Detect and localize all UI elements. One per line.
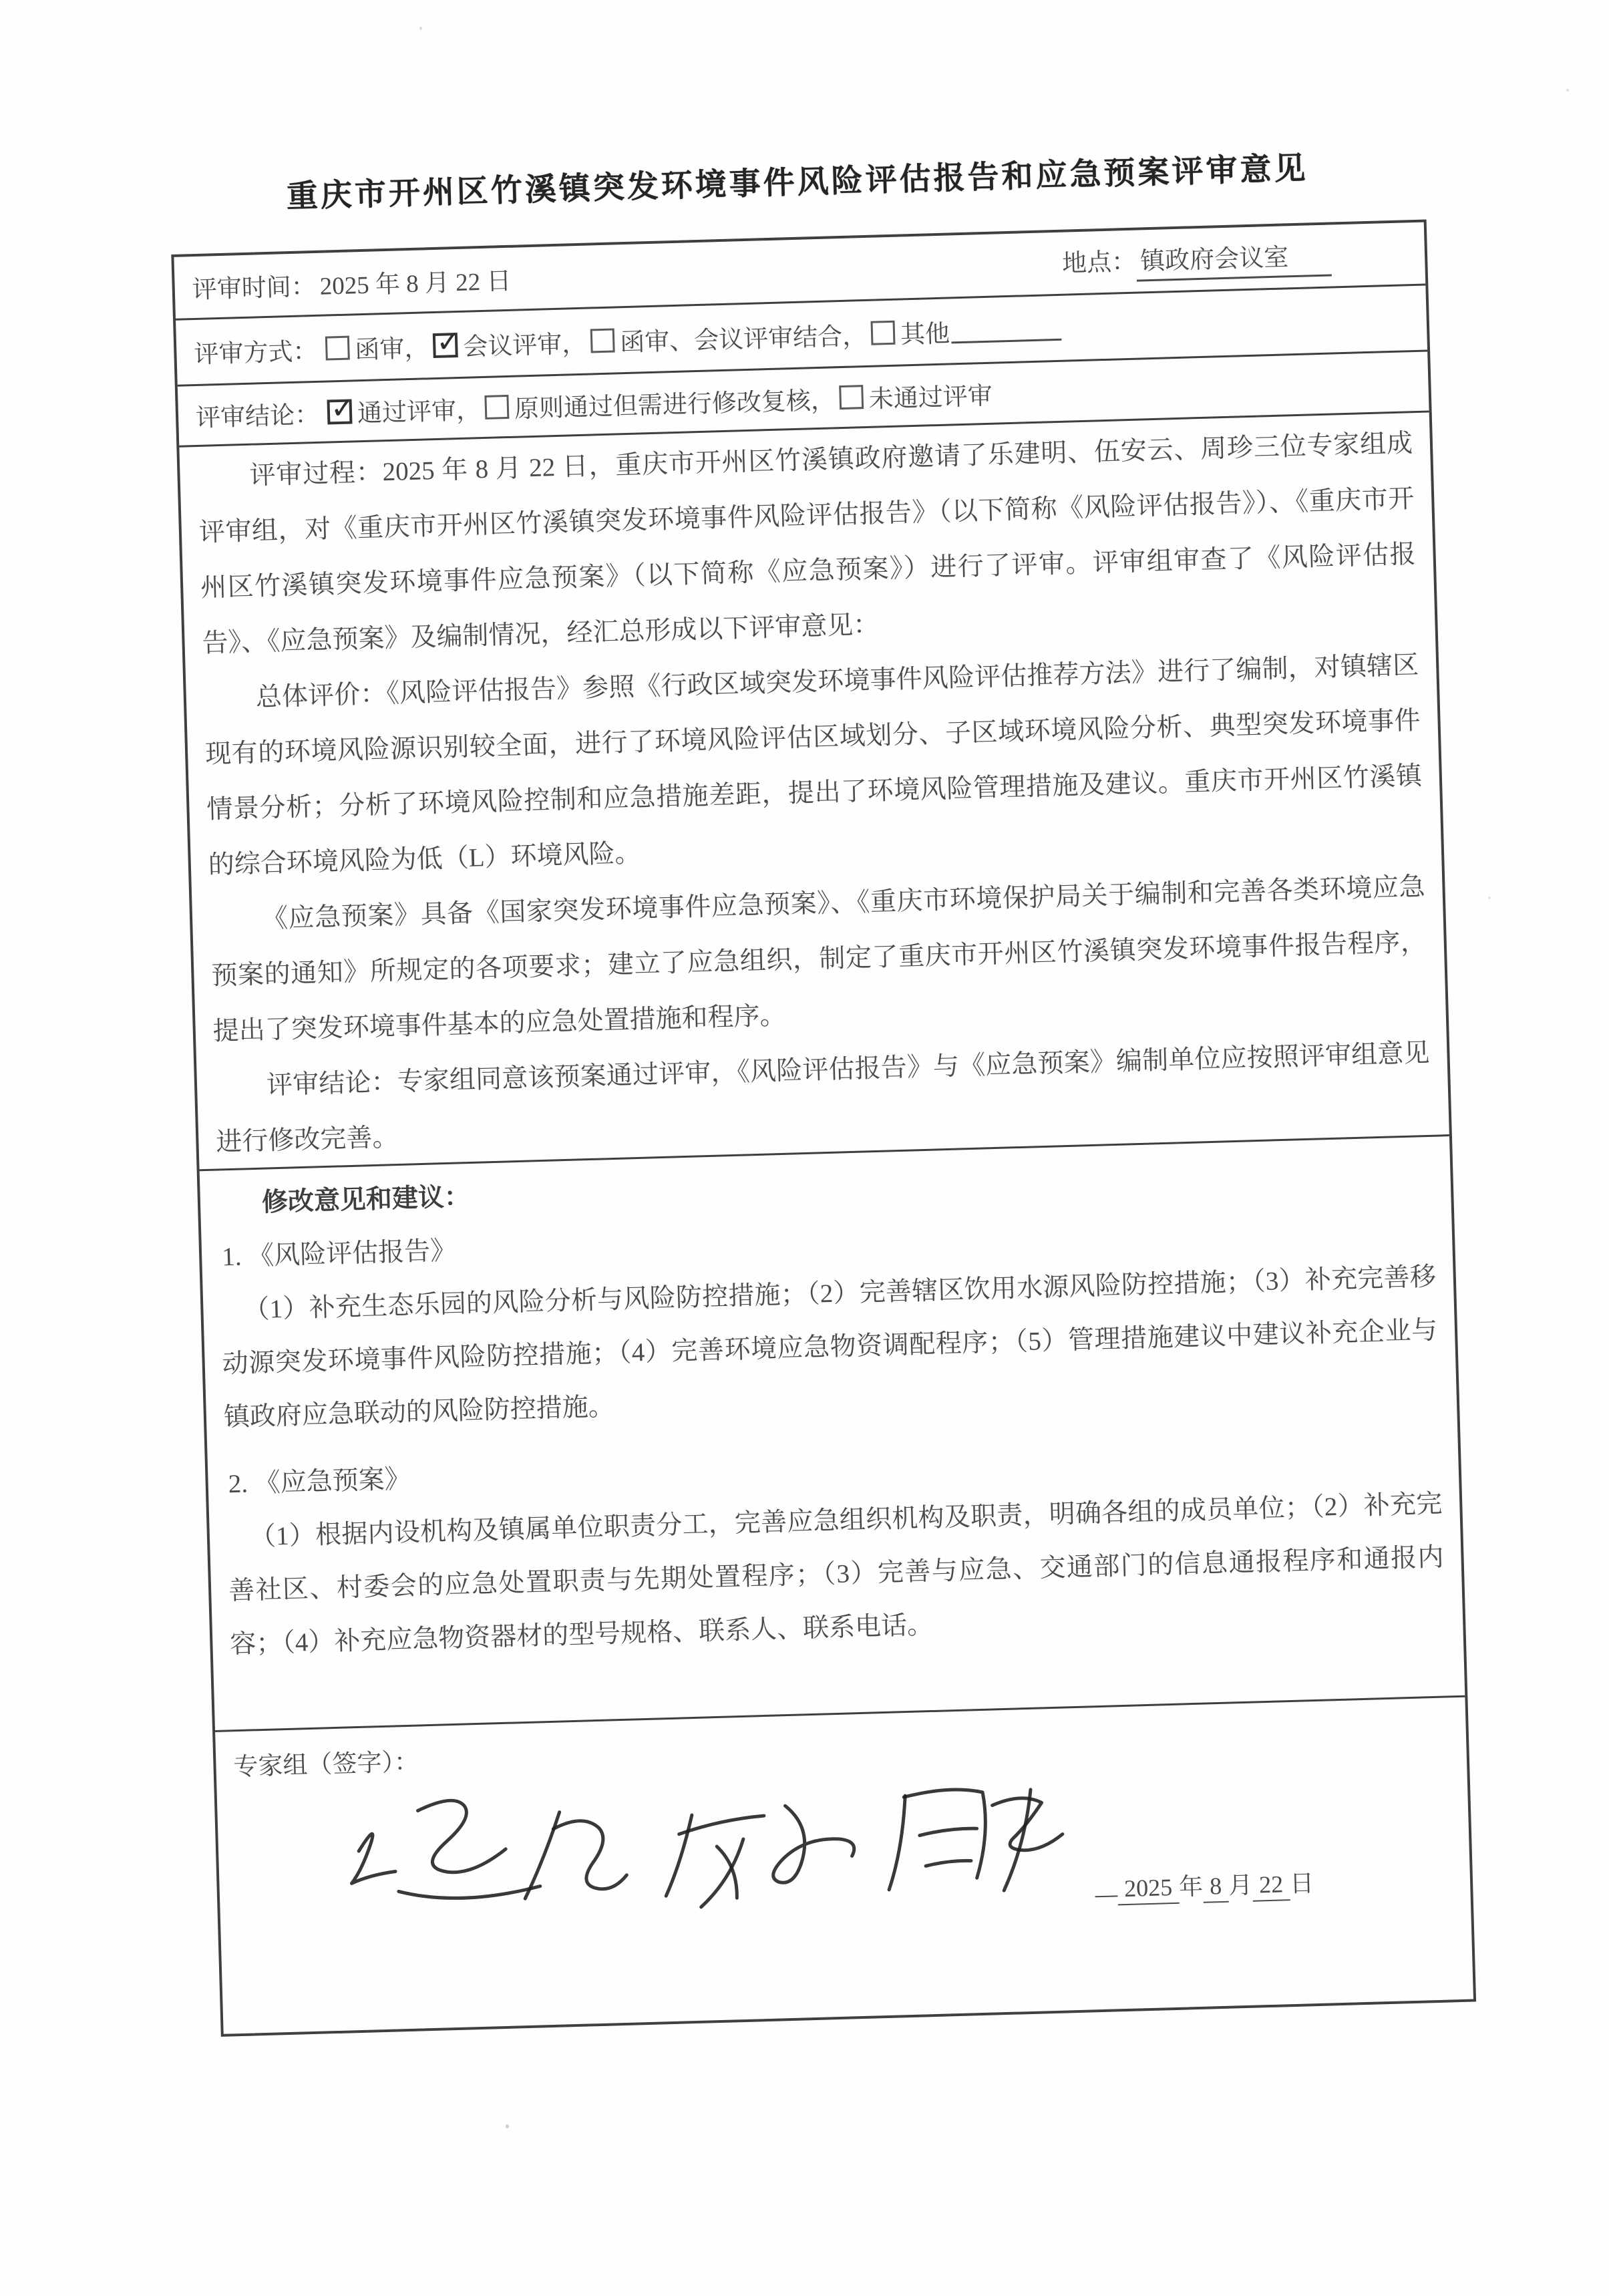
option-label: 原则通过但需进行修改复核， xyxy=(514,379,836,424)
other-blank-line xyxy=(950,315,1061,343)
date-year-unit: 年 xyxy=(1179,1873,1204,1901)
date-day: 22 xyxy=(1252,1870,1290,1902)
checkbox-meeting-review xyxy=(433,333,458,358)
location-label: 地点： xyxy=(1061,240,1136,279)
option-passed-with-revision: 原则通过但需进行修改复核， xyxy=(480,379,836,426)
overall-evaluation-paragraph: 总体评价：《风险评估报告》参照《行政区域突发环境事件风险评估推荐方法》进行了编制… xyxy=(203,637,1425,893)
review-process-paragraph: 评审过程：2025 年 8 月 22 日，重庆市开州区竹溪镇政府邀请了乐建明、伍… xyxy=(196,416,1418,671)
option-passed: 通过评审， xyxy=(323,389,481,430)
date-underline xyxy=(1095,1895,1117,1897)
option-label: 函审、会议评审结合， xyxy=(619,315,867,358)
option-combined-review: 函审、会议评审结合， xyxy=(586,315,867,359)
checkbox-passed xyxy=(327,399,352,424)
document-sheet: 重庆市开州区竹溪镇突发环境事件风险评估报告和应急预案评审意见 评审时间： 202… xyxy=(169,140,1476,2037)
option-letter-review: 函审， xyxy=(321,327,429,366)
option-meeting-review: 会议评审， xyxy=(429,323,587,364)
option-label: 函审， xyxy=(355,327,429,365)
review-method-label: 评审方式： xyxy=(194,331,318,370)
scanned-page: 重庆市开州区竹溪镇突发环境事件风险评估报告和应急预案评审意见 评审时间： 202… xyxy=(0,0,1609,2296)
review-process-cell: 评审过程：2025 年 8 月 22 日，重庆市开州区竹溪镇政府邀请了乐建明、伍… xyxy=(179,412,1449,1171)
option-not-passed: 未通过评审 xyxy=(835,375,993,416)
checkbox-letter-review xyxy=(325,336,350,361)
suggestions-cell: 修改意见和建议： 1. 《风险评估报告》 （1）补充生态乐园的风险分析与风险防控… xyxy=(200,1136,1465,1732)
scan-speck xyxy=(506,2124,509,2128)
review-form-table: 评审时间： 2025 年 8 月 22 日 地点： 镇政府会议室 评审方式： 函… xyxy=(171,219,1476,2036)
date-day-unit: 日 xyxy=(1290,1870,1314,1897)
date-year: 2025 xyxy=(1117,1873,1180,1906)
location-value: 镇政府会议室 xyxy=(1135,235,1332,281)
option-label: 其他 xyxy=(900,313,950,350)
location-field: 地点： 镇政府会议室 xyxy=(1061,235,1332,283)
suggestion-section-body: （1）补充生态乐园的风险分析与风险防控措施；（2）完善辖区饮用水源风险防控措施；… xyxy=(220,1251,1439,1445)
signature-cell: 专家组（签字）： xyxy=(215,1697,1473,2034)
review-time-label: 评审时间： xyxy=(192,266,316,305)
checkbox-passed-with-revision xyxy=(484,395,509,420)
page-title: 重庆市开州区竹溪镇突发环境事件风险评估报告和应急预案评审意见 xyxy=(169,140,1425,220)
suggestion-section-body: （1）根据内设机构及镇属单位职责分工，完善应急组织机构及职责，明确各组的成员单位… xyxy=(226,1478,1446,1672)
emergency-plan-paragraph: 《应急预案》具备《国家突发环境事件应急预案》、《重庆市环境保护局关于编制和完善各… xyxy=(209,859,1429,1059)
scan-speck xyxy=(1488,896,1491,899)
option-label: 通过评审， xyxy=(357,389,481,429)
review-time-value: 2025 年 8 月 22 日 xyxy=(319,261,512,302)
date-month: 8 xyxy=(1203,1872,1229,1903)
checkbox-combined-review xyxy=(590,328,615,353)
option-label: 会议评审， xyxy=(463,323,587,363)
scan-speck xyxy=(419,27,422,30)
checkbox-other xyxy=(871,321,896,345)
handwritten-signatures xyxy=(317,1751,1089,1953)
option-label: 未通过评审 xyxy=(868,375,993,415)
review-conclusion-label: 评审结论： xyxy=(195,394,319,434)
signature-date: 2025年8月22日 xyxy=(1094,1864,1314,1906)
checkbox-not-passed xyxy=(839,385,864,409)
date-month-unit: 月 xyxy=(1228,1872,1253,1899)
scan-speck xyxy=(1566,89,1569,92)
option-other: 其他 xyxy=(866,310,1061,351)
